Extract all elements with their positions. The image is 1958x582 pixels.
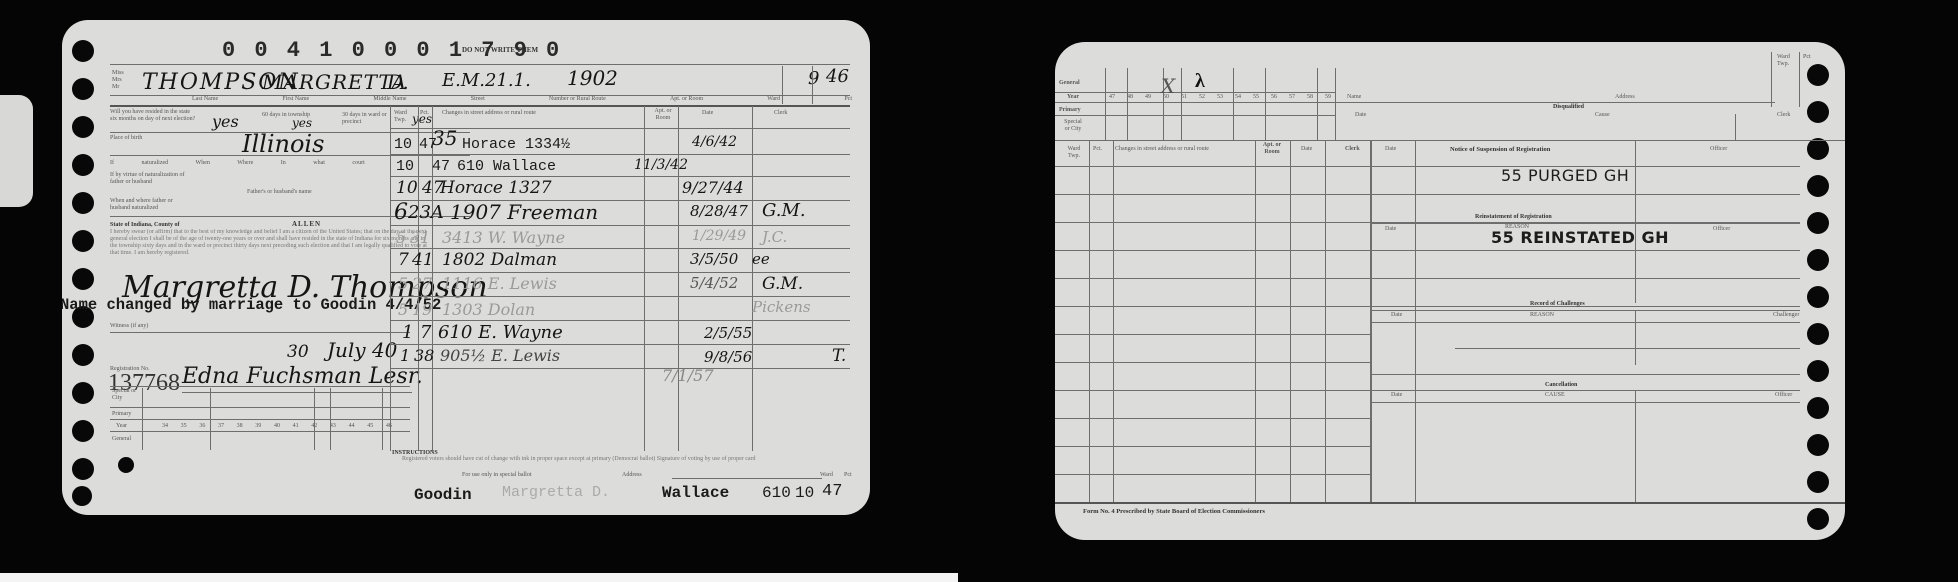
- birthplace-answer: Illinois: [242, 130, 324, 158]
- oath-text: I hereby swear (or affirm) that to the b…: [110, 229, 430, 275]
- house-number: 1902: [567, 66, 618, 90]
- registration-card-back: General Year Primary Special or City 474…: [1055, 42, 1845, 540]
- footer-house-number: 610: [762, 484, 791, 502]
- registration-card-front: 0 0 4 1 0 0 0 1 7 9 0 DO NOT WRITE THEM …: [62, 20, 870, 515]
- township-answer: yes: [292, 116, 312, 130]
- footer-street: Wallace: [662, 484, 729, 502]
- instructions-ward: Ward: [820, 472, 833, 479]
- resided-answer: yes: [212, 112, 239, 131]
- ward-number: 9: [808, 68, 819, 89]
- footer-precinct: 47: [822, 482, 842, 501]
- naturalized-label: If naturalized When Where In what court: [110, 160, 410, 167]
- first-name: MARGRETTA: [262, 70, 407, 94]
- edge-artifact: [0, 95, 33, 207]
- name-change-note: Name changed by marriage to Goodin 4/4/5…: [62, 296, 441, 314]
- voting-years: 34353637383940414243444546: [162, 423, 392, 430]
- sworn-day: 30: [287, 342, 309, 362]
- footer-first-name: Margretta D.: [502, 484, 610, 501]
- extra-marks: 7/1/57: [662, 366, 714, 385]
- witness-label: Witness (if any): [110, 323, 148, 330]
- header-note: DO NOT WRITE THEM: [462, 46, 538, 54]
- middle-initial: D.: [387, 70, 409, 94]
- precinct-number: 46: [826, 66, 849, 87]
- street: E.M.21.1.: [442, 70, 531, 91]
- reinstated-stamp: 55 REINSTATED GH: [1491, 228, 1669, 247]
- certificate-label: If by virtue of naturalization of father…: [110, 172, 190, 186]
- footer-last-name: Goodin: [414, 486, 472, 504]
- bottom-strip: [0, 573, 958, 582]
- form-footer: Form No. 4 Prescribed by State Board of …: [1083, 508, 1265, 515]
- election-mark-x: X: [1161, 74, 1175, 98]
- county: ALLEN: [292, 220, 321, 228]
- prefix-labels: Miss Mrs Mr: [112, 70, 124, 91]
- election-years: 47484950515253545556575859: [1109, 94, 1331, 101]
- resided-question: Will you have resided in the state six m…: [110, 109, 198, 123]
- changes-header-apt: Apt. or Room: [650, 108, 676, 122]
- when-where-label: When and where father or husband natural…: [110, 198, 190, 212]
- instructions-text: Registered voters should have cut of cha…: [402, 456, 842, 463]
- footer-ward: 10: [795, 484, 814, 502]
- state-line: State of Indiana, County of: [110, 222, 180, 228]
- instructions-address: Address: [622, 472, 642, 479]
- changes-header-address: Changes in street address or rural route: [442, 110, 536, 117]
- purged-stamp: 55 PURGED GH: [1501, 166, 1629, 185]
- election-mark-check: λ: [1195, 70, 1205, 93]
- father-label: Father's or husband's name: [247, 189, 312, 196]
- sworn-month-year: July 40: [327, 338, 397, 362]
- instructions-pct: Pct: [844, 472, 852, 479]
- changes-header-clerk: Clerk: [774, 110, 787, 117]
- birthplace-label: Place of birth: [110, 135, 150, 142]
- changes-header-pct: Pct.: [420, 110, 429, 117]
- changes-header-date: Date: [702, 110, 713, 117]
- name-row-labels: Last Name First Name Middle Name Street …: [192, 96, 852, 103]
- instructions-sub: For use only in special ballot: [462, 472, 532, 479]
- changes-header-ward: Ward Twp.: [394, 110, 416, 124]
